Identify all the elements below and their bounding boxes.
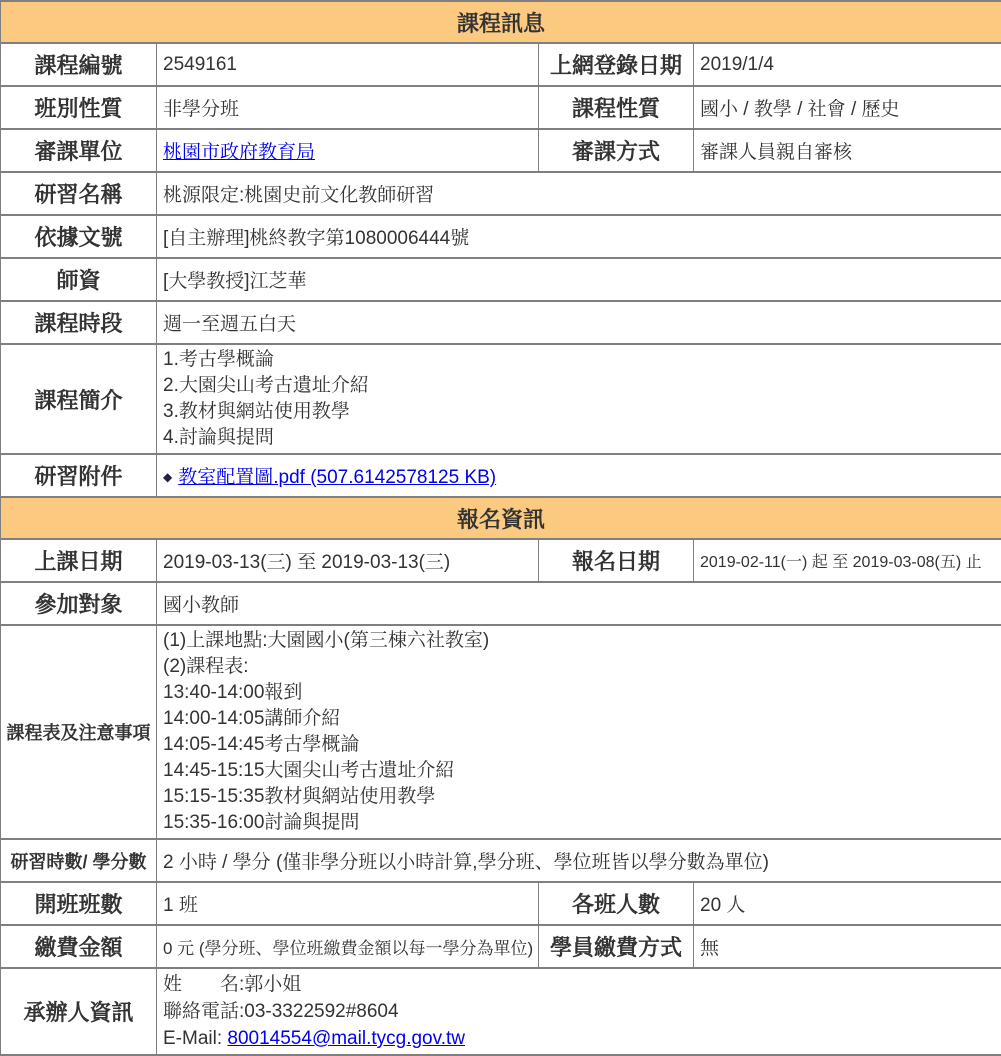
contact-email-link[interactable]: 80014554@mail.tycg.gov.tw: [227, 1028, 465, 1049]
course-nature-label: 課程性質: [539, 86, 694, 129]
email-label: E-Mail:: [163, 1028, 222, 1049]
course-intro-label: 課程簡介: [1, 344, 157, 454]
table-row: 依據文號 [自主辦理]桃終教字第1080006444號: [1, 215, 1001, 258]
class-count-label: 開班班數: [1, 882, 157, 925]
fee-label: 繳費金額: [1, 925, 157, 968]
hours-credits-label: 研習時數/ 學分數: [1, 839, 157, 882]
table-row: 審課單位 桃園市政府教育局 審課方式 審課人員親自審核: [1, 129, 1001, 172]
instructor-label: 師資: [1, 258, 157, 301]
table-row: 課程表及注意事項 (1)上課地點:大園國小(第三棟六社教室) (2)課程表: 1…: [1, 625, 1001, 839]
instructor-value: [大學教授]江芝華: [157, 258, 1001, 301]
class-size-label: 各班人數: [539, 882, 694, 925]
attachment-label: 研習附件: [1, 454, 157, 497]
contact-phone-line: 聯絡電話:03-3322592#8604: [163, 998, 997, 1025]
review-method-value: 審課人員親自審核: [694, 129, 1001, 172]
reference-no-label: 依據文號: [1, 215, 157, 258]
payment-method-label: 學員繳費方式: [539, 925, 694, 968]
registration-dates-value: 2019-02-11(一) 起 至 2019-03-08(五) 止: [694, 539, 1001, 582]
class-category-label: 班別性質: [1, 86, 157, 129]
target-participants-label: 參加對象: [1, 582, 157, 625]
table-row: 班別性質 非學分班 課程性質 國小 / 教學 / 社會 / 歷史: [1, 86, 1001, 129]
registration-info-section-header: 報名資訊: [1, 497, 1001, 539]
registration-dates-label: 報名日期: [539, 539, 694, 582]
course-intro-lines: 1.考古學概論 2.大園尖山考古遺址介紹 3.教材與網站使用教學 4.討論與提問: [163, 347, 997, 451]
table-row: 研習附件 ◆教室配置圖.pdf (507.6142578125 KB): [1, 454, 1001, 497]
workshop-name-label: 研習名稱: [1, 172, 157, 215]
course-info-section-header: 課程訊息: [1, 1, 1001, 43]
table-row: 課程編號 2549161 上網登錄日期 2019/1/4: [1, 43, 1001, 86]
time-period-value: 週一至週五白天: [157, 301, 1001, 344]
table-row: 參加對象 國小教師: [1, 582, 1001, 625]
table-row: 承辦人資訊 姓 名:郭小姐 聯絡電話:03-3322592#8604 E-Mai…: [1, 968, 1001, 1055]
contact-name-line: 姓 名:郭小姐: [163, 971, 997, 998]
review-method-label: 審課方式: [539, 129, 694, 172]
online-reg-date-value: 2019/1/4: [694, 43, 1001, 86]
schedule-notes-label: 課程表及注意事項: [1, 625, 157, 839]
schedule-notes-value: (1)上課地點:大園國小(第三棟六社教室) (2)課程表: 13:40-14:0…: [157, 625, 1001, 839]
education-bureau-link[interactable]: 桃園市政府教育局: [163, 142, 315, 163]
review-unit-value: 桃園市政府教育局: [157, 129, 539, 172]
contact-email-line: E-Mail: 80014554@mail.tycg.gov.tw: [163, 1025, 997, 1052]
class-size-value: 20 人: [694, 882, 1001, 925]
table-row: 上課日期 2019-03-13(三) 至 2019-03-13(三) 報名日期 …: [1, 539, 1001, 582]
contact-info-label: 承辦人資訊: [1, 968, 157, 1055]
class-dates-label: 上課日期: [1, 539, 157, 582]
payment-method-value: 無: [694, 925, 1001, 968]
table-row: 課程時段 週一至週五白天: [1, 301, 1001, 344]
table-row: 研習時數/ 學分數 2 小時 / 學分 (僅非學分班以小時計算,學分班、學位班皆…: [1, 839, 1001, 882]
class-category-value: 非學分班: [157, 86, 539, 129]
diamond-bullet-icon: ◆: [163, 470, 172, 484]
reference-no-value: [自主辦理]桃終教字第1080006444號: [157, 215, 1001, 258]
course-id-value: 2549161: [157, 43, 539, 86]
table-row: 開班班數 1 班 各班人數 20 人: [1, 882, 1001, 925]
table-row: 研習名稱 桃源限定:桃園史前文化教師研習: [1, 172, 1001, 215]
course-intro-value: 1.考古學概論 2.大園尖山考古遺址介紹 3.教材與網站使用教學 4.討論與提問: [157, 344, 1001, 454]
fee-value: 0 元 (學分班、學位班繳費金額以每一學分為單位): [157, 925, 539, 968]
contact-info-value: 姓 名:郭小姐 聯絡電話:03-3322592#8604 E-Mail: 800…: [157, 968, 1001, 1055]
schedule-notes-lines: (1)上課地點:大園國小(第三棟六社教室) (2)課程表: 13:40-14:0…: [163, 628, 997, 836]
course-id-label: 課程編號: [1, 43, 157, 86]
course-detail-table: 課程訊息 課程編號 2549161 上網登錄日期 2019/1/4 班別性質 非…: [0, 0, 1001, 1056]
attachment-value: ◆教室配置圖.pdf (507.6142578125 KB): [157, 454, 1001, 497]
online-reg-date-label: 上網登錄日期: [539, 43, 694, 86]
table-row: 師資 [大學教授]江芝華: [1, 258, 1001, 301]
class-dates-value: 2019-03-13(三) 至 2019-03-13(三): [157, 539, 539, 582]
table-row: 課程簡介 1.考古學概論 2.大園尖山考古遺址介紹 3.教材與網站使用教學 4.…: [1, 344, 1001, 454]
workshop-name-value: 桃源限定:桃園史前文化教師研習: [157, 172, 1001, 215]
course-nature-value: 國小 / 教學 / 社會 / 歷史: [694, 86, 1001, 129]
class-count-value: 1 班: [157, 882, 539, 925]
target-participants-value: 國小教師: [157, 582, 1001, 625]
attachment-pdf-link[interactable]: 教室配置圖.pdf (507.6142578125 KB): [178, 467, 496, 488]
review-unit-label: 審課單位: [1, 129, 157, 172]
table-row: 繳費金額 0 元 (學分班、學位班繳費金額以每一學分為單位) 學員繳費方式 無: [1, 925, 1001, 968]
hours-credits-value: 2 小時 / 學分 (僅非學分班以小時計算,學分班、學位班皆以學分數為單位): [157, 839, 1001, 882]
time-period-label: 課程時段: [1, 301, 157, 344]
